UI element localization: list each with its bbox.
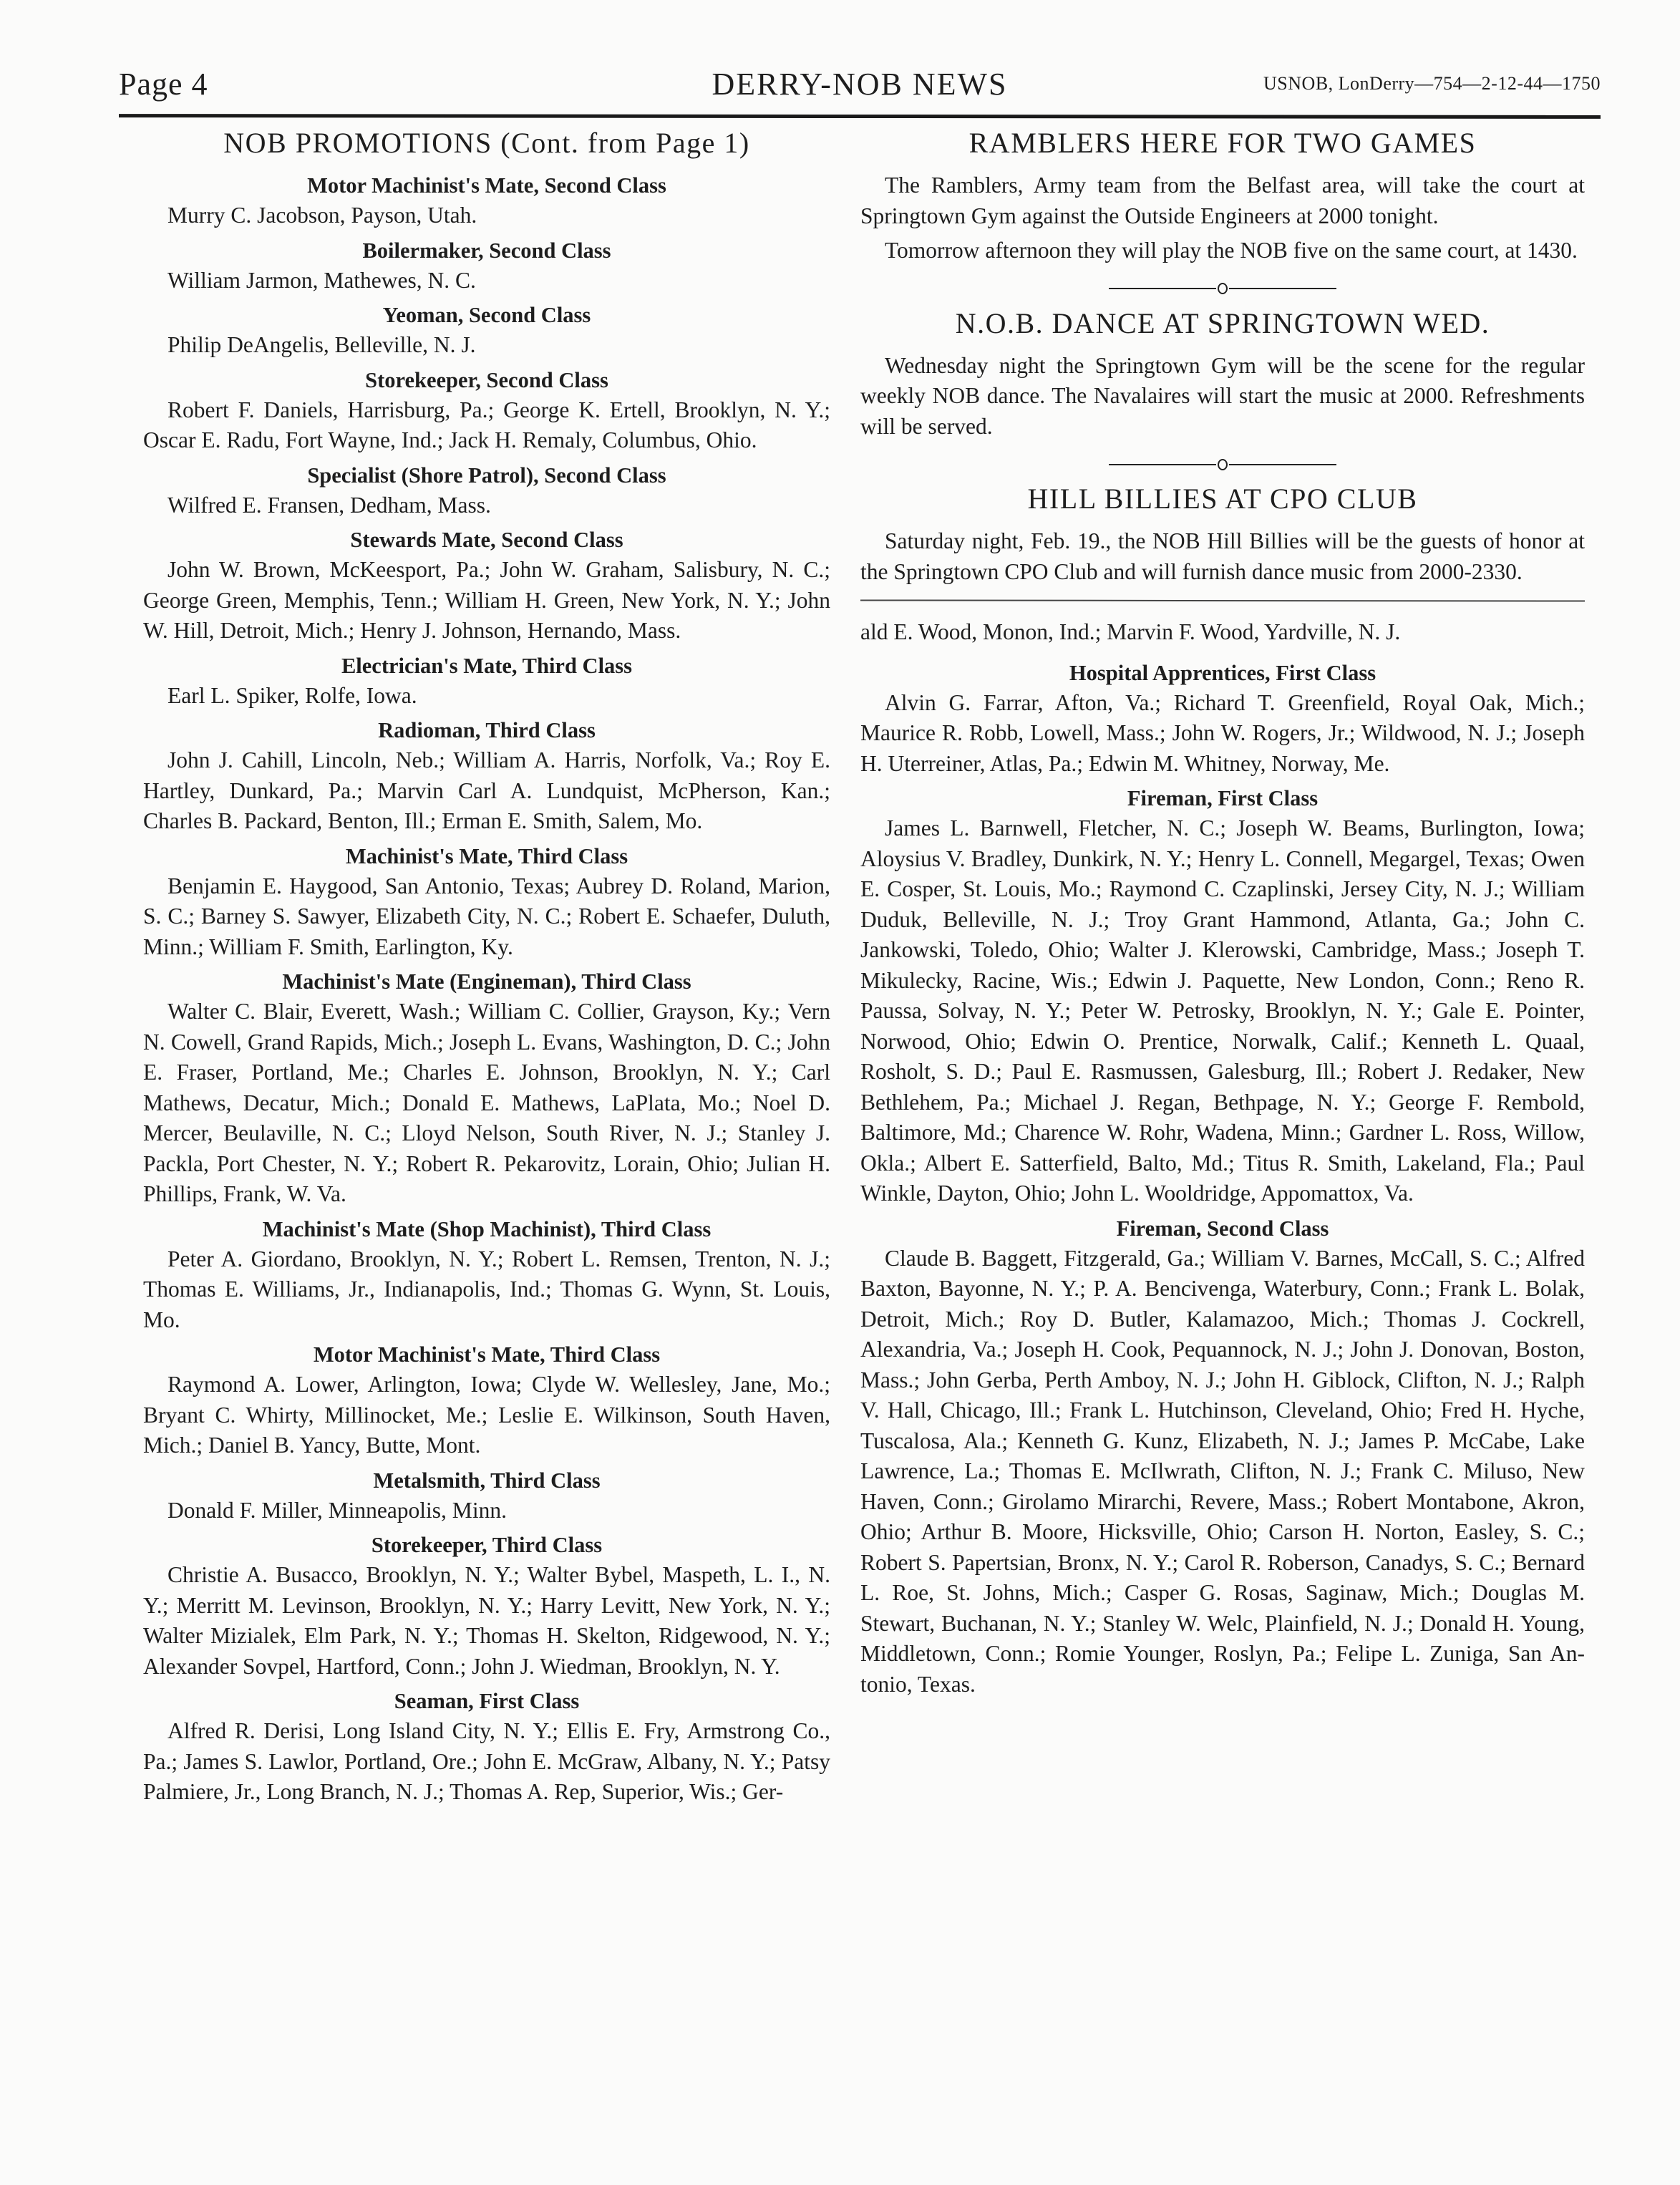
rating-names: Raymond A. Lower, Arlington, Iowa; Clyde… <box>143 1370 830 1461</box>
rating-heading-boilermaker-second-class: Boilermaker, Second Class <box>143 236 830 266</box>
rating-heading-stewards-mate-second-class: Stewards Mate, Second Class <box>143 525 830 555</box>
rating-names: Alvin G. Farrar, Afton, Va.; Richard T. … <box>860 688 1585 780</box>
article-ramblers-here-for-two-games: RAMBLERS HERE FOR TWO GAMESThe Ramblers,… <box>860 123 1585 266</box>
article-hill-billies-at-cpo-club: HILL BILLIES AT CPO CLUBSaturday night, … <box>860 479 1585 587</box>
rating-names: Claude B. Baggett, Fitzgerald, Ga.; Will… <box>860 1244 1585 1700</box>
rating-heading-electrician-s-mate-third-class: Electrician's Mate, Third Class <box>143 651 830 681</box>
rating-heading-metalsmith-third-class: Metalsmith, Third Class <box>143 1465 830 1496</box>
promotions-headline: NOB PROMOTIONS (Cont. from Page 1) <box>129 123 845 163</box>
article-separator <box>860 272 1585 301</box>
rating-names: Philip DeAngelis, Belleville, N. J. <box>143 330 830 361</box>
article-separator <box>860 447 1585 476</box>
rating-names: Wilfred E. Fransen, Dedham, Mass. <box>143 490 830 521</box>
separator-ring-icon <box>1218 283 1228 294</box>
article-headline: N.O.B. DANCE AT SPRINGTOWN WED. <box>860 304 1585 344</box>
article-paragraph: Tomorrow afternoon they will play the NO… <box>860 236 1585 266</box>
rating-heading-hospital-apprentices-first-class: Hospital Apprentices, First Class <box>860 658 1585 688</box>
article-headline: HILL BILLIES AT CPO CLUB <box>860 479 1585 519</box>
news-articles: RAMBLERS HERE FOR TWO GAMESThe Ramblers,… <box>860 123 1585 587</box>
rating-heading-radioman-third-class: Radioman, Third Class <box>143 715 830 745</box>
separator-line <box>1109 288 1216 289</box>
promotions-list: Motor Machinist's Mate, Second ClassMurr… <box>143 170 830 1808</box>
issue-code: USNOB, LonDerry—754—2-12-44—1750 <box>1263 73 1601 95</box>
rating-heading-machinist-s-mate-third-class: Machinist's Mate, Third Class <box>143 841 830 871</box>
rating-heading-fireman-second-class: Fireman, Second Class <box>860 1213 1585 1244</box>
continued-names: ald E. Wood, Monon, Ind.; Marvin F. Wood… <box>860 617 1585 648</box>
rating-names: William Jarmon, Mathewes, N. C. <box>143 266 830 296</box>
separator-ring-icon <box>1218 459 1228 470</box>
promotions-column: NOB PROMOTIONS (Cont. from Page 1) Motor… <box>143 123 830 1808</box>
article-n-o-b-dance-at-springtown-wed: N.O.B. DANCE AT SPRINGTOWN WED.Wednesday… <box>860 304 1585 442</box>
article-paragraph: The Ramblers, Army team from the Belfast… <box>860 170 1585 231</box>
column-rule <box>860 599 1585 601</box>
rating-names: Benjamin E. Haygood, San Antonio, Texas;… <box>143 871 830 963</box>
rating-heading-machinist-s-mate-engineman-third-class: Machinist's Mate (Engineman), Third Clas… <box>143 966 830 997</box>
rating-names: James L. Barnwell, Fletcher, N. C.; Jose… <box>860 813 1585 1209</box>
masthead-rule <box>119 114 1601 119</box>
article-paragraph: Wednesday night the Springtown Gym will … <box>860 351 1585 442</box>
article-headline: RAMBLERS HERE FOR TWO GAMES <box>860 123 1585 163</box>
news-column: RAMBLERS HERE FOR TWO GAMESThe Ramblers,… <box>860 123 1585 1700</box>
article-paragraph: Saturday night, Feb. 19., the NOB Hill B… <box>860 526 1585 587</box>
rating-names: Alfred R. Derisi, Long Island City, N. Y… <box>143 1716 830 1808</box>
rating-heading-machinist-s-mate-shop-machinist-third-class: Machinist's Mate (Shop Machinist), Third… <box>143 1214 830 1244</box>
separator-line <box>1109 464 1216 465</box>
separator-line <box>1229 464 1336 465</box>
rating-heading-motor-machinist-s-mate-second-class: Motor Machinist's Mate, Second Class <box>143 170 830 200</box>
separator-line <box>1229 288 1336 289</box>
rating-names: John W. Brown, McKeesport, Pa.; John W. … <box>143 555 830 646</box>
promotions-list-continued: Hospital Apprentices, First ClassAlvin G… <box>860 658 1585 1700</box>
rating-heading-specialist-shore-patrol-second-class: Specialist (Shore Patrol), Second Class <box>143 460 830 490</box>
rating-names: Walter C. Blair, Everett, Wash.; William… <box>143 997 830 1210</box>
rating-names: Donald F. Miller, Minneapolis, Minn. <box>143 1496 830 1526</box>
rating-heading-storekeeper-third-class: Storekeeper, Third Class <box>143 1530 830 1560</box>
rating-heading-yeoman-second-class: Yeoman, Second Class <box>143 300 830 330</box>
rating-names: Peter A. Giordano, Brooklyn, N. Y.; Robe… <box>143 1244 830 1336</box>
rating-names: Murry C. Jacobson, Payson, Utah. <box>143 200 830 231</box>
rating-names: Robert F. Daniels, Harrisburg, Pa.; Geor… <box>143 395 830 456</box>
rating-heading-storekeeper-second-class: Storekeeper, Second Class <box>143 365 830 395</box>
rating-names: Earl L. Spiker, Rolfe, Iowa. <box>143 681 830 712</box>
rating-names: Christie A. Busacco, Brooklyn, N. Y.; Wa… <box>143 1560 830 1682</box>
rating-heading-seaman-first-class: Seaman, First Class <box>143 1686 830 1716</box>
rating-names: John J. Cahill, Lincoln, Neb.; William A… <box>143 745 830 837</box>
rating-heading-motor-machinist-s-mate-third-class: Motor Machinist's Mate, Third Class <box>143 1339 830 1370</box>
rating-heading-fireman-first-class: Fireman, First Class <box>860 783 1585 813</box>
